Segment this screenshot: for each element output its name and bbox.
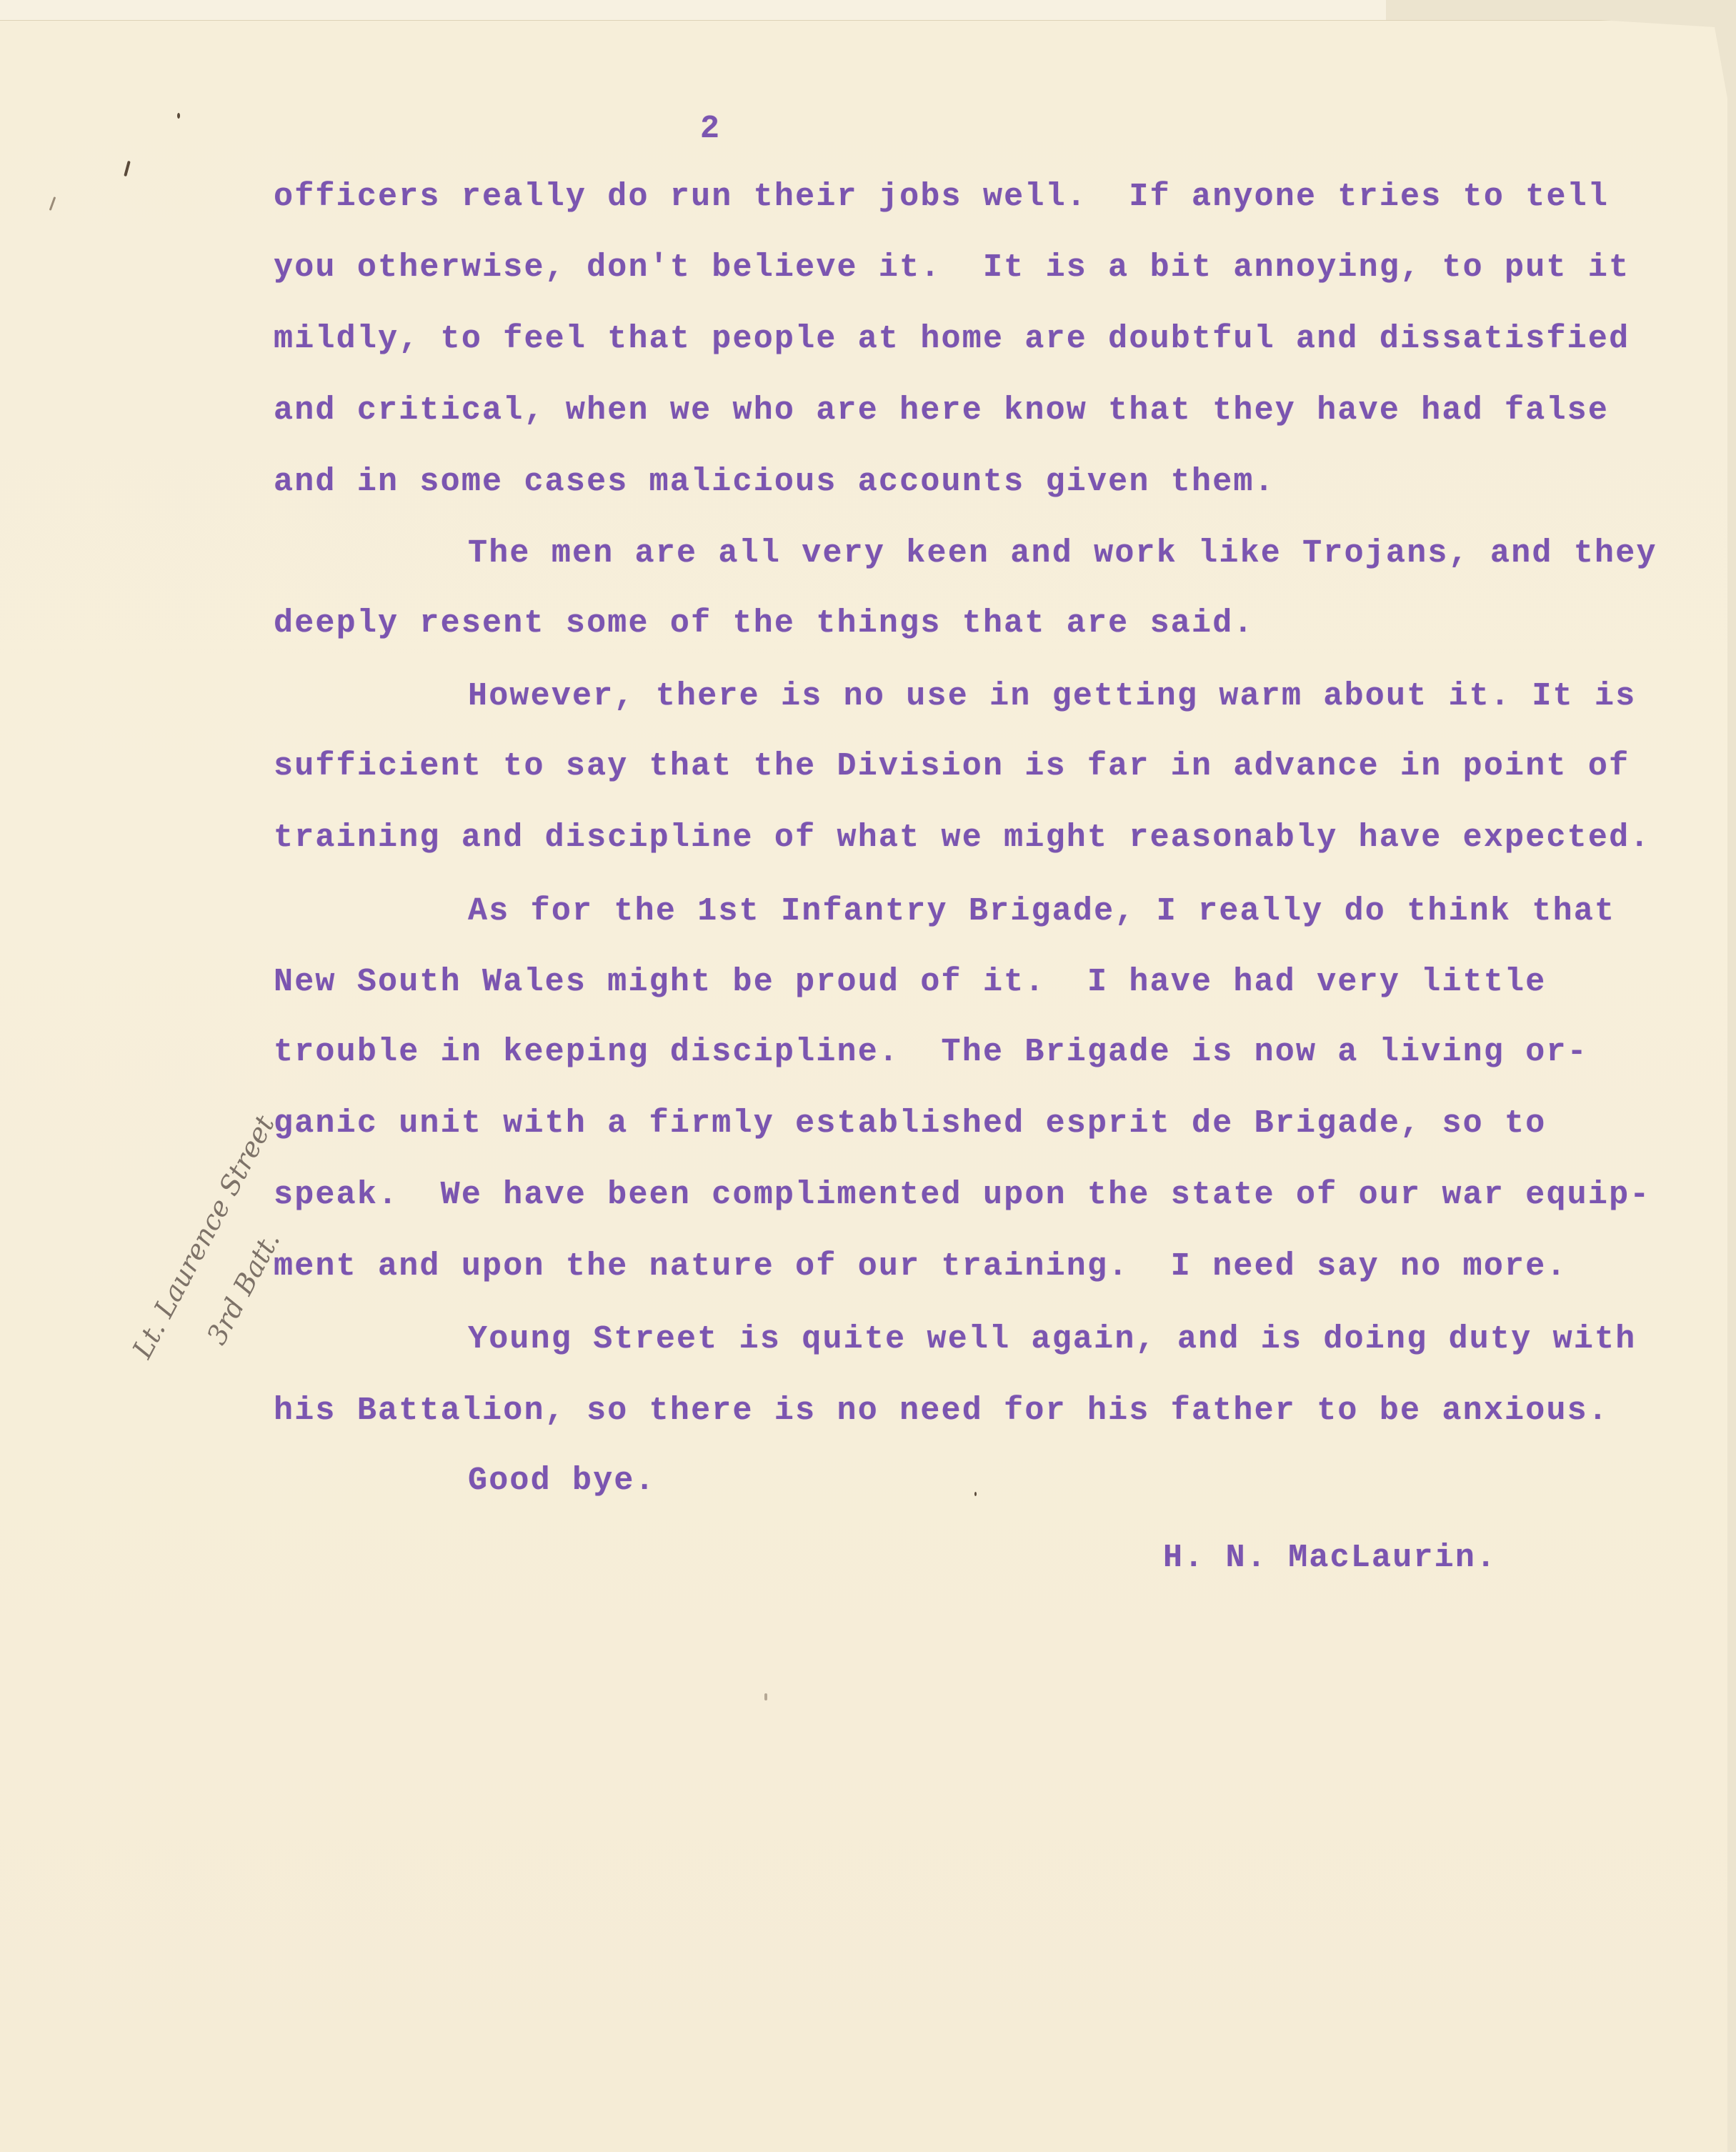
text-line: officers really do run their jobs well. … — [274, 181, 1609, 213]
text-line: you otherwise, don't believe it. It is a… — [274, 251, 1630, 284]
backing-paper-strip — [0, 0, 1386, 20]
text-line: training and discipline of what we might… — [274, 822, 1651, 854]
text-line: mildly, to feel that people at home are … — [274, 323, 1630, 355]
text-line: trouble in keeping discipline. The Briga… — [274, 1036, 1588, 1068]
text-line: ganic unit with a firmly established esp… — [274, 1107, 1546, 1140]
text-line: deeply resent some of the things that ar… — [274, 607, 1254, 639]
closing-text: Good bye. — [468, 1465, 656, 1497]
text-line: his Battalion, so there is no need for h… — [274, 1395, 1609, 1427]
text-line: ment and upon the nature of our training… — [274, 1250, 1567, 1282]
text-line: speak. We have been complimented upon th… — [274, 1179, 1651, 1211]
page-number: 2 — [700, 113, 721, 145]
text-line: New South Wales might be proud of it. I … — [274, 966, 1546, 998]
paper-mark — [974, 1492, 977, 1496]
text-line: The men are all very keen and work like … — [468, 537, 1657, 569]
signature: H. N. MacLaurin. — [1163, 1542, 1497, 1574]
text-line: As for the 1st Infantry Brigade, I reall… — [468, 895, 1615, 927]
text-line: Young Street is quite well again, and is… — [468, 1323, 1636, 1355]
text-line: and in some cases malicious accounts giv… — [274, 466, 1275, 498]
text-line: and critical, when we who are here know … — [274, 394, 1609, 427]
paper-mark — [177, 113, 180, 119]
text-line: sufficient to say that the Division is f… — [274, 750, 1630, 782]
paper-mark — [764, 1693, 767, 1700]
text-line: However, there is no use in getting warm… — [468, 680, 1636, 712]
